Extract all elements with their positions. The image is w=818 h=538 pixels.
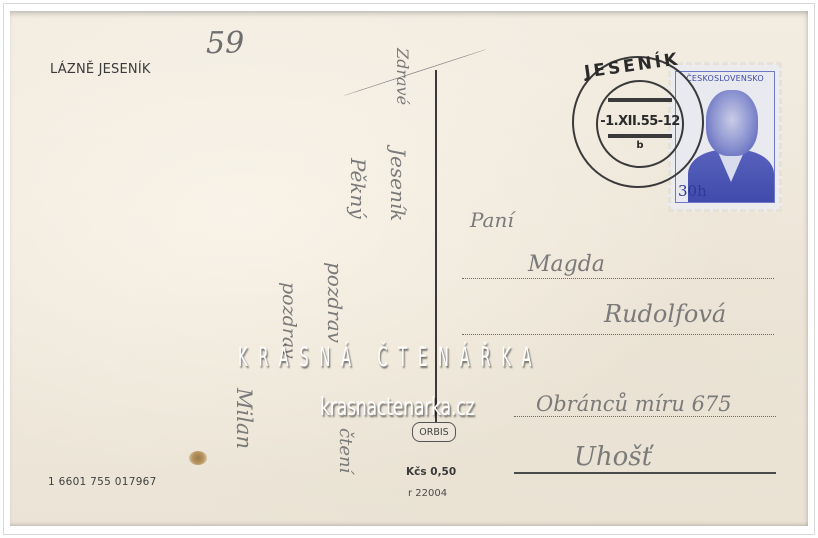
message-line: pozdrav [323,262,347,343]
postmark-bar [608,98,672,102]
address-city: Uhošť [574,442,652,472]
postmark-letter: b [598,140,682,151]
serial-number: 1 6601 755 017967 [48,476,157,488]
address-line [514,416,776,417]
message-line: Jeseník [386,148,410,221]
postmark-date: -1.XII.55-12 [598,114,682,129]
postcard-title: LÁZNĚ JESENÍK [50,62,151,77]
address-last-name: Rudolfová [604,300,726,328]
address-line [462,334,774,335]
address-first-name: Magda [528,252,605,277]
price: Kčs 0,50 [406,466,456,478]
address-line [462,278,774,279]
print-code: r 22004 [408,488,447,499]
message-signature: Milan [232,388,256,449]
pencil-number: 59 [206,26,244,61]
address-salutation: Paní [470,208,514,232]
portrait-head [706,90,758,156]
stamp-value: 30h [678,182,707,200]
address-street: Obránců míru 675 [536,392,732,416]
postmark-bar [608,134,672,138]
stain [189,451,207,465]
watermark-url: krasnactenarka.cz [320,392,474,421]
postmark: JESENÍK -1.XII.55-12 b [572,56,704,188]
postmark-inner-ring: -1.XII.55-12 b [596,80,684,168]
message-line: Zdravé [393,48,412,105]
watermark-title: KRÁSNÁ ČTENÁŘKA [238,342,542,373]
address-line [514,472,776,474]
message-line: čtení [335,428,356,473]
publisher-logo: ORBIS [412,422,456,442]
message-line: Pěkný [346,158,370,219]
